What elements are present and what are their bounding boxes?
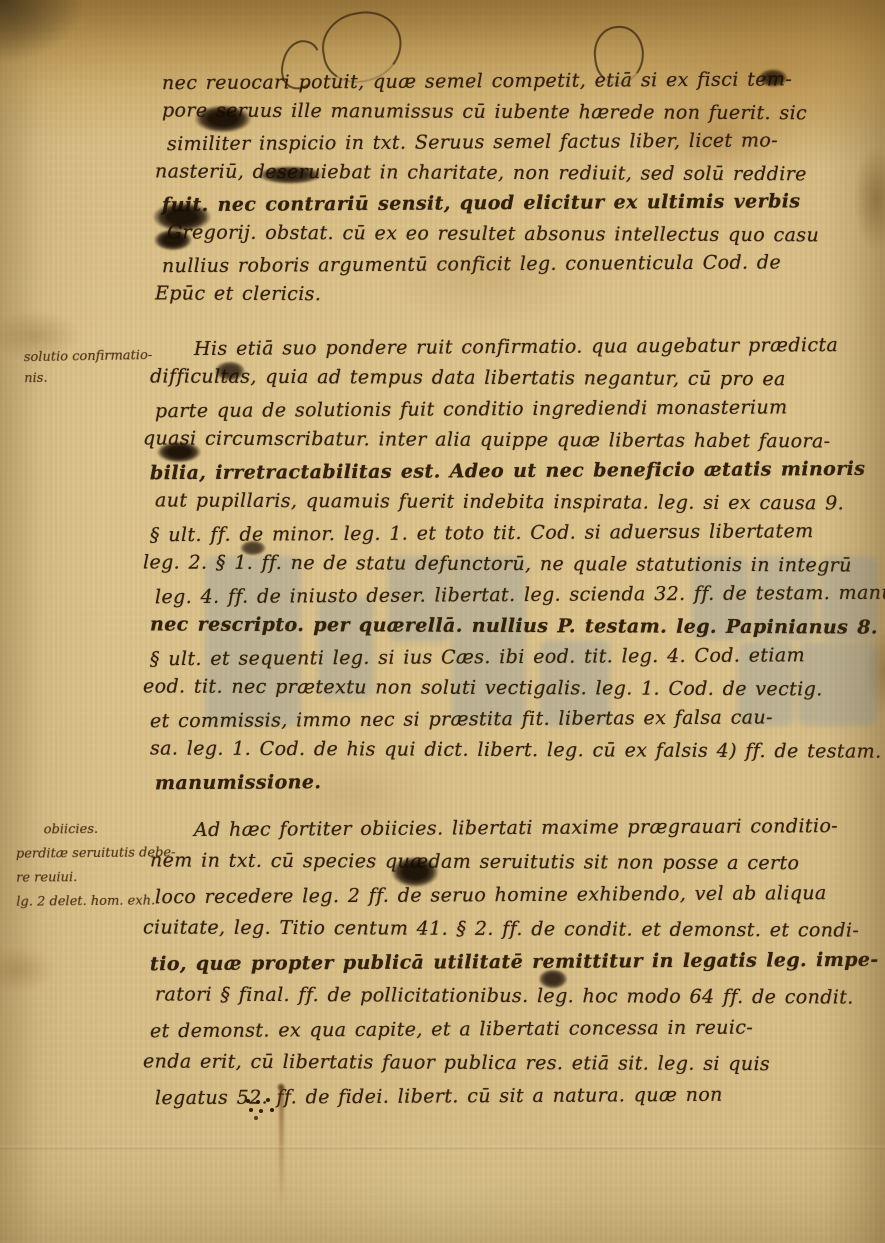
margin-note-line: solutio confirmatio- <box>24 345 164 368</box>
manuscript-line: leg. 4. ff. de iniusto deser. libertat. … <box>155 578 878 613</box>
manuscript-line: difficultas, quia ad tempus data liberta… <box>150 361 878 395</box>
manuscript-line: ratori § final. ff. de pollicitationibus… <box>155 978 874 1015</box>
manuscript-line: manumissione. <box>155 764 878 799</box>
manuscript-line: bilia, irretractabilitas est. Adeo ut ne… <box>150 454 878 489</box>
manuscript-line: eod. tit. nec prætextu non soluti vectig… <box>143 671 878 705</box>
manuscript-page: nec reuocari potuit, quæ semel competit,… <box>0 0 885 1243</box>
manuscript-line: § ult. et sequenti leg. si ius Cæs. ibi … <box>150 640 878 675</box>
manuscript-line: Epūc et clericis. <box>155 278 878 312</box>
manuscript-paragraph-3: Ad hæc fortiter obiicies. libertati maxi… <box>150 812 874 1114</box>
manuscript-line: nem in txt. cū species quædam seruitutis… <box>150 844 874 881</box>
manuscript-paragraph-2: His etiā suo pondere ruit confirmatio. q… <box>150 332 878 797</box>
margin-note-obiicies: obiicies.perditæ seruitutis debe-re reui… <box>16 817 177 914</box>
manuscript-line: et commissis, immo nec si præstita fit. … <box>150 702 878 737</box>
manuscript-line: Gregorij. obstat. cū ex eo resultet abso… <box>167 217 878 251</box>
paper-crease <box>0 1146 885 1149</box>
margin-note-line: perditæ seruitutis debe- <box>16 841 176 866</box>
ink-drip-streak <box>279 1086 284 1208</box>
manuscript-line: legatus 52. ff. de fidei. libert. cū sit… <box>155 1078 874 1116</box>
manuscript-line: tio, quæ propter publicā utilitatē remit… <box>150 944 874 982</box>
manuscript-line: nec reuocari potuit, quæ semel competit,… <box>162 64 878 99</box>
manuscript-line: et demonst. ex qua capite, et a libertat… <box>150 1011 874 1049</box>
manuscript-line: loco recedere leg. 2 ff. de seruo homine… <box>155 877 874 915</box>
margin-note-solutio-confirmationis: solutio confirmatio-nis. <box>24 345 165 389</box>
manuscript-line: aut pupillaris, quamuis fuerit indebita … <box>155 485 878 519</box>
manuscript-line: ciuitate, leg. Titio centum 41. § 2. ff.… <box>143 911 874 948</box>
manuscript-line: enda erit, cū libertatis fauor publica r… <box>143 1045 874 1082</box>
manuscript-line: nasteriū, deseruiebat in charitate, non … <box>155 156 878 190</box>
manuscript-line: quasi circumscribatur. inter alia quippe… <box>143 423 878 457</box>
manuscript-paragraph-1: nec reuocari potuit, quæ semel competit,… <box>162 66 878 310</box>
manuscript-line: parte qua de solutionis fuit conditio in… <box>155 392 878 427</box>
margin-note-line: nis. <box>24 366 164 389</box>
margin-note-line: lg. 2 delet. hom. exh. <box>16 889 176 914</box>
manuscript-line: leg. 2. § 1. ff. ne de statu defunctorū,… <box>143 547 878 581</box>
margin-note-line: re reuiui. <box>16 865 176 890</box>
ink-dot-cluster <box>246 1099 250 1103</box>
manuscript-line: fuit. nec contrariū sensit, quod elicitu… <box>162 186 878 221</box>
manuscript-line: nec rescripto. per quærellā. nullius P. … <box>150 609 878 643</box>
manuscript-line: sa. leg. 1. Cod. de his qui dict. libert… <box>150 733 878 767</box>
manuscript-line: similiter inspicio in txt. Seruus semel … <box>167 125 878 160</box>
manuscript-line: Ad hæc fortiter obiicies. libertati maxi… <box>150 810 874 848</box>
margin-note-line: obiicies. <box>16 817 176 842</box>
manuscript-line: nullius roboris argumentū conficit leg. … <box>162 247 878 282</box>
manuscript-line: § ult. ff. de minor. leg. 1. et toto tit… <box>150 516 878 551</box>
manuscript-line: His etiā suo pondere ruit confirmatio. q… <box>150 330 878 365</box>
manuscript-line: pore seruus ille manumissus cū iubente h… <box>162 95 878 129</box>
